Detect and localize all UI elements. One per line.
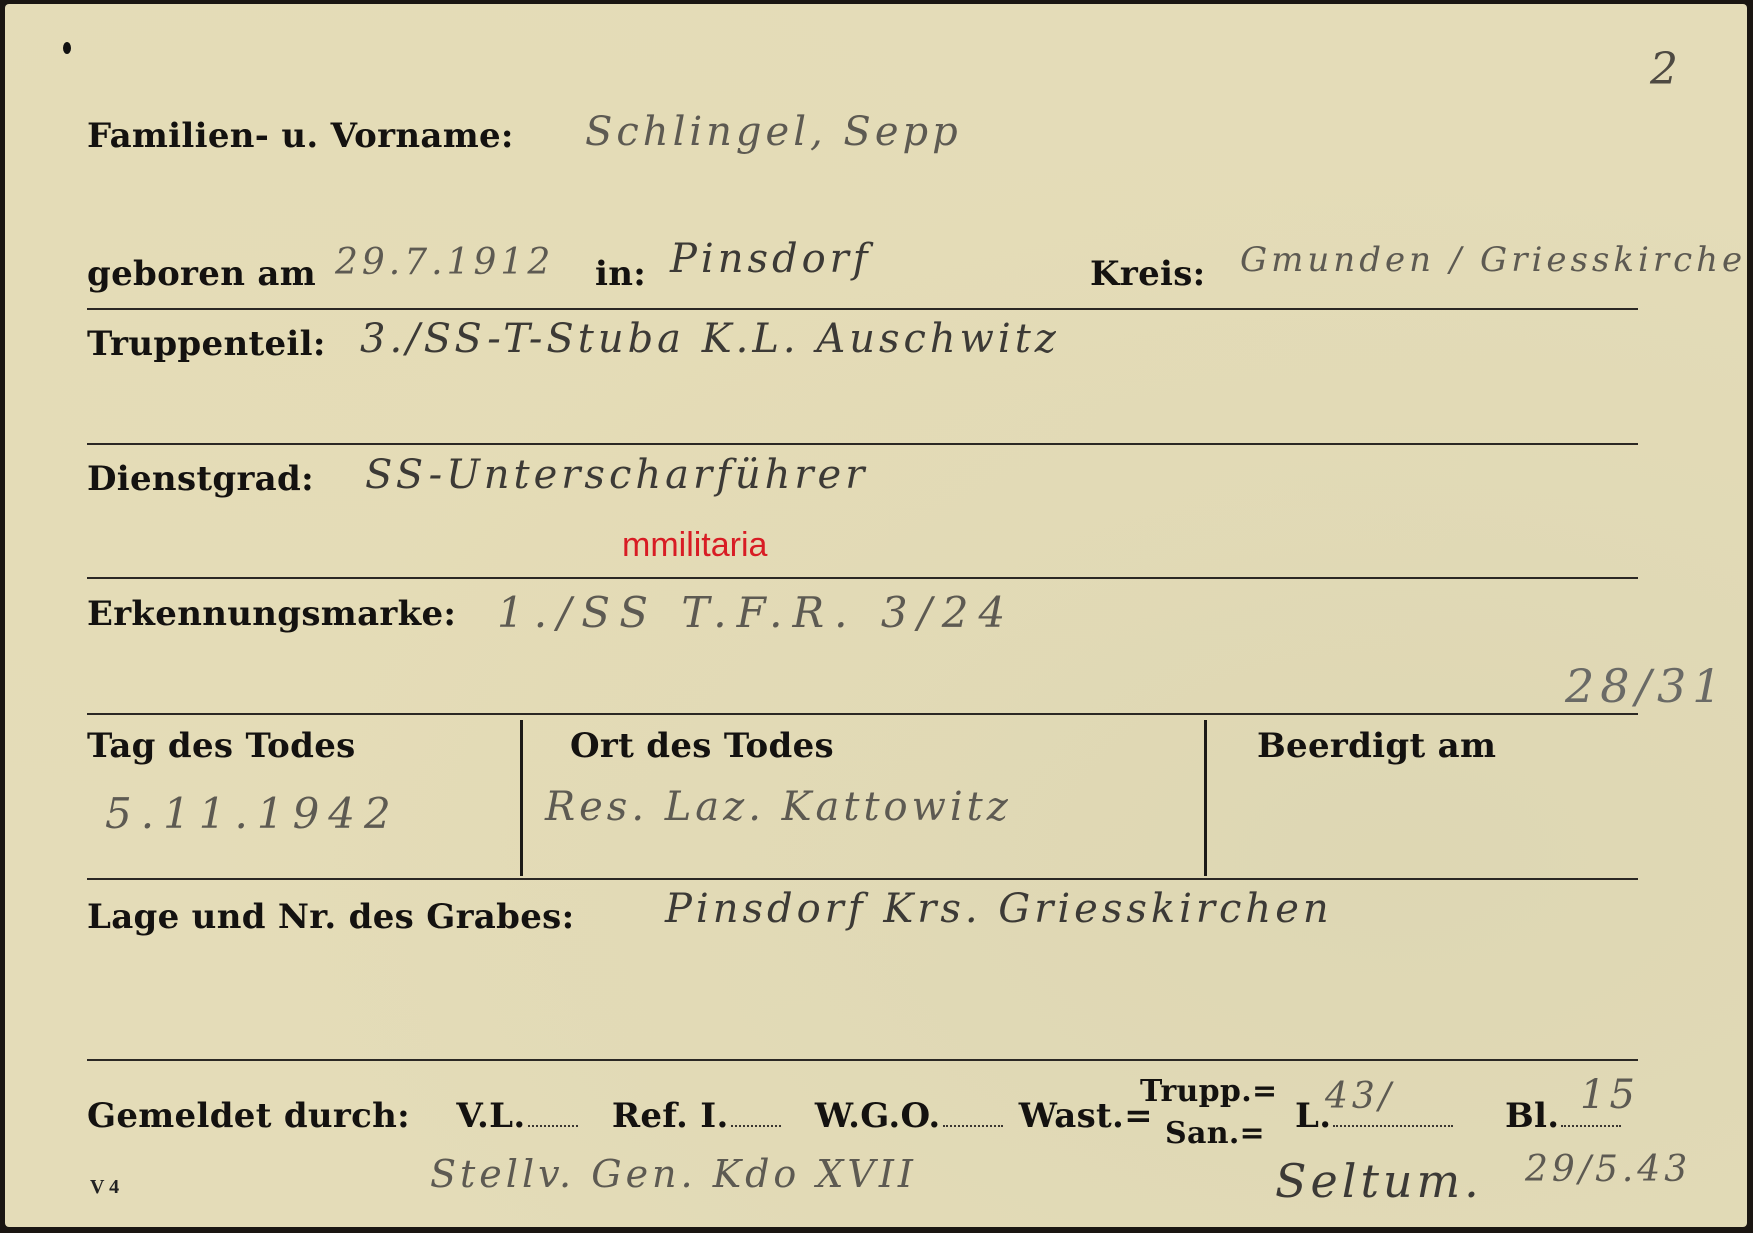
reported-by-row: Gemeldet durch: V.L. Ref. I. W.G.O. Wast… <box>87 1096 1153 1136</box>
signature: Seltum. <box>1275 1154 1483 1208</box>
rule-6 <box>87 1059 1638 1061</box>
column-divider-1 <box>520 720 523 876</box>
id-tag-value: 1./SS T.F.R. 3/24 <box>497 588 1015 637</box>
unit-value: 3./SS-T-Stuba K.L. Auschwitz <box>360 316 1060 362</box>
page-number: 2 <box>1650 44 1678 95</box>
column-divider-2 <box>1204 720 1207 876</box>
form-code: V 4 <box>90 1176 119 1199</box>
margin-note: 28/31 <box>1565 659 1728 713</box>
name-label: Familien- u. Vorname: <box>87 116 514 156</box>
rule-5 <box>87 878 1638 880</box>
birth-place-label: in: <box>595 254 646 294</box>
district-label: Kreis: <box>1090 254 1206 294</box>
rank-label: Dienstgrad: <box>87 459 314 499</box>
death-place-label: Ort des Todes <box>570 726 834 766</box>
buried-on-label: Beerdigt am <box>1257 726 1496 766</box>
grave-value: Pinsdorf Krs. Griesskirchen <box>665 886 1333 932</box>
grave-label: Lage und Nr. des Grabes: <box>87 897 574 937</box>
bl-value: 15 <box>1580 1072 1639 1118</box>
birth-place-value: Pinsdorf <box>670 236 872 282</box>
punch-mark <box>63 42 71 54</box>
birth-date-label: geboren am <box>87 254 316 294</box>
death-place-value: Res. Laz. Kattowitz <box>545 784 1012 830</box>
wgo-label: W.G.O. <box>815 1096 941 1136</box>
reporting-office-note: Stellv. Gen. Kdo XVII <box>430 1152 917 1196</box>
unit-label: Truppenteil: <box>87 324 326 364</box>
district-value: Gmunden / Griesskirchen <box>1240 240 1747 280</box>
signature-date: 29/5.43 <box>1525 1149 1691 1190</box>
rule-4 <box>87 713 1638 715</box>
vl-label: V.L. <box>456 1096 525 1136</box>
rank-value: SS-Unterscharführer <box>365 452 868 498</box>
death-date-label: Tag des Todes <box>87 726 356 766</box>
id-tag-label: Erkennungsmarke: <box>87 594 456 634</box>
reported-by-label: Gemeldet durch: <box>87 1096 410 1136</box>
watermark: mmilitaria <box>622 526 767 565</box>
trupp-label: Trupp.= <box>1140 1074 1277 1109</box>
rule-2 <box>87 443 1638 445</box>
wast-label: Wast.= <box>1019 1096 1153 1136</box>
san-label: San.= <box>1165 1116 1265 1151</box>
rule-1 <box>87 308 1638 310</box>
l-value: 43/ <box>1325 1076 1395 1117</box>
bl-label: Bl. <box>1505 1096 1559 1136</box>
name-value: Schlingel, Sepp <box>585 109 962 155</box>
rule-3 <box>87 577 1638 579</box>
death-date-value: 5.11.1942 <box>105 789 400 838</box>
ref-label: Ref. I. <box>612 1096 729 1136</box>
record-card: 2 Familien- u. Vorname: Schlingel, Sepp … <box>5 4 1747 1227</box>
birth-date-value: 29.7.1912 <box>335 242 554 283</box>
